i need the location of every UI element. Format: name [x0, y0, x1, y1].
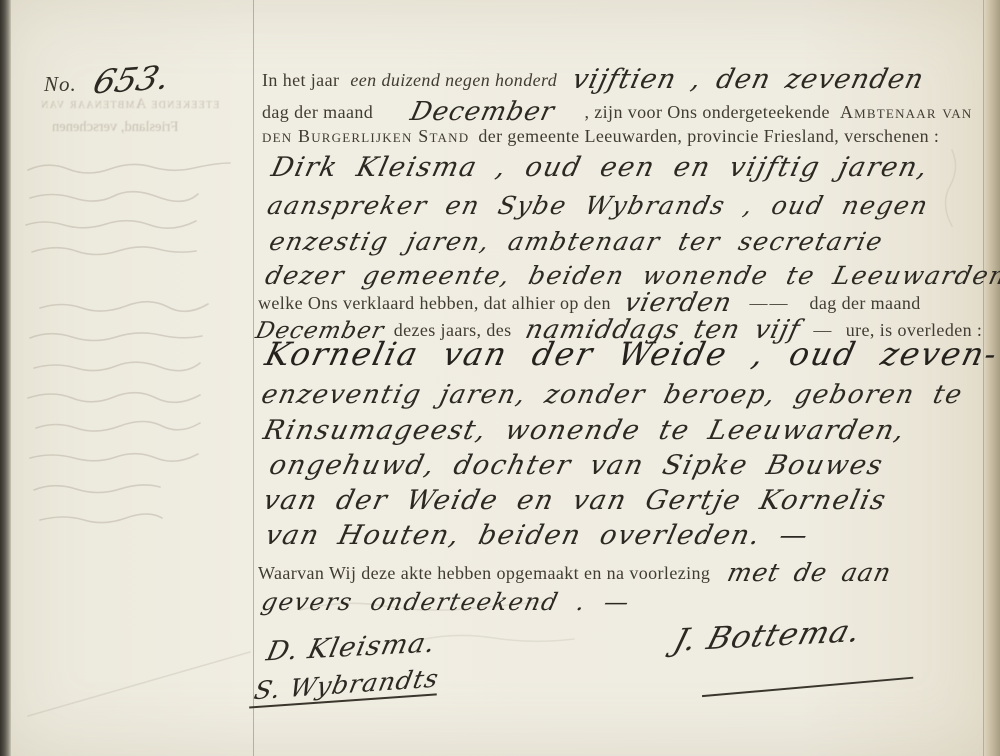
signature-wybrandts-underline	[247, 665, 437, 708]
handwritten-closing-a: met de aan	[725, 560, 894, 585]
declaration-line-1: welke Ons verklaard hebben, dat alhier o…	[258, 290, 921, 316]
deceased-line-5: van der Weide en van Gertje Kornelis	[261, 487, 890, 514]
closing-printed: Waarvan Wij deze akte hebben opgemaakt e…	[258, 563, 710, 583]
record-number-value: 653.	[89, 57, 174, 101]
intro-printed-registrar-smallcaps: Ambtenaar van	[840, 102, 973, 122]
record-number-label: No.	[44, 72, 77, 96]
intro-printed-month-prefix: dag der maand	[262, 102, 373, 122]
deceased-line-3: Rinsumageest, wonende te Leeuwarden,	[261, 417, 908, 444]
intro-printed-civil-registry-smallcaps: den Burgerlijken Stand	[262, 126, 469, 146]
comparants-line-2: aanspreker en Sybe Wybrands , oud negen	[265, 193, 931, 218]
deceased-line-6: van Houten, beiden overleden. —	[263, 522, 812, 549]
comparants-line-4: dezer gemeente, beiden wonende te Leeuwa…	[263, 263, 1000, 288]
intro-line-2: dag der maand December , zijn voor Ons o…	[262, 99, 973, 125]
declaration-dash-1: ——	[749, 293, 789, 313]
signature-kleisma: D. Kleisma.	[264, 628, 439, 668]
margin-rule	[253, 0, 254, 756]
declaration-printed-a: welke Ons verklaard hebben, dat alhier o…	[258, 293, 611, 313]
handwritten-year-and-day: vijftien , den zevenden	[570, 66, 927, 93]
bleedthrough-print-line2: Friesland, verschenen	[52, 119, 178, 136]
intro-printed-year-italic: een duizend negen honderd	[350, 70, 557, 90]
deceased-line-2: enzeventig jaren, zonder beroep, geboren…	[259, 382, 966, 408]
comparants-line-1: Dirk Kleisma , oud een en vijftig jaren,	[269, 154, 931, 181]
deceased-line-4: ongehuwd, dochter van Sipke Bouwes	[267, 452, 886, 479]
deceased-name-line: Kornelia van der Weide , oud zeven-	[262, 338, 1000, 370]
record-number-block: No. 653.	[44, 60, 168, 99]
declaration-printed-b: dag der maand	[809, 293, 920, 313]
comparants-line-3: enzestig jaren, ambtenaar ter secretarie	[267, 229, 886, 254]
intro-printed-registrar: , zijn voor Ons ondergeteekende	[584, 102, 830, 122]
handwritten-death-day: vierden	[622, 290, 735, 316]
death-certificate-scan: eteekende Ambtenaar van Friesland, versc…	[0, 0, 1000, 756]
page-right-edge	[983, 0, 1000, 756]
handwritten-closing-b: gevers onderteekend . —	[259, 590, 633, 614]
intro-printed-year-prefix: In het jaar	[262, 70, 339, 90]
closing-line-1: Waarvan Wij deze akte hebben opgemaakt e…	[258, 560, 891, 585]
intro-printed-municipality: der gemeente Leeuwarden, provincie Fries…	[478, 126, 939, 146]
intro-line-1: In het jaar een duizend negen honderd vi…	[262, 66, 924, 93]
intro-line-3: den Burgerlijken Stand der gemeente Leeu…	[262, 126, 939, 147]
handwritten-month: December	[408, 99, 557, 125]
page-binding-edge	[0, 0, 11, 756]
